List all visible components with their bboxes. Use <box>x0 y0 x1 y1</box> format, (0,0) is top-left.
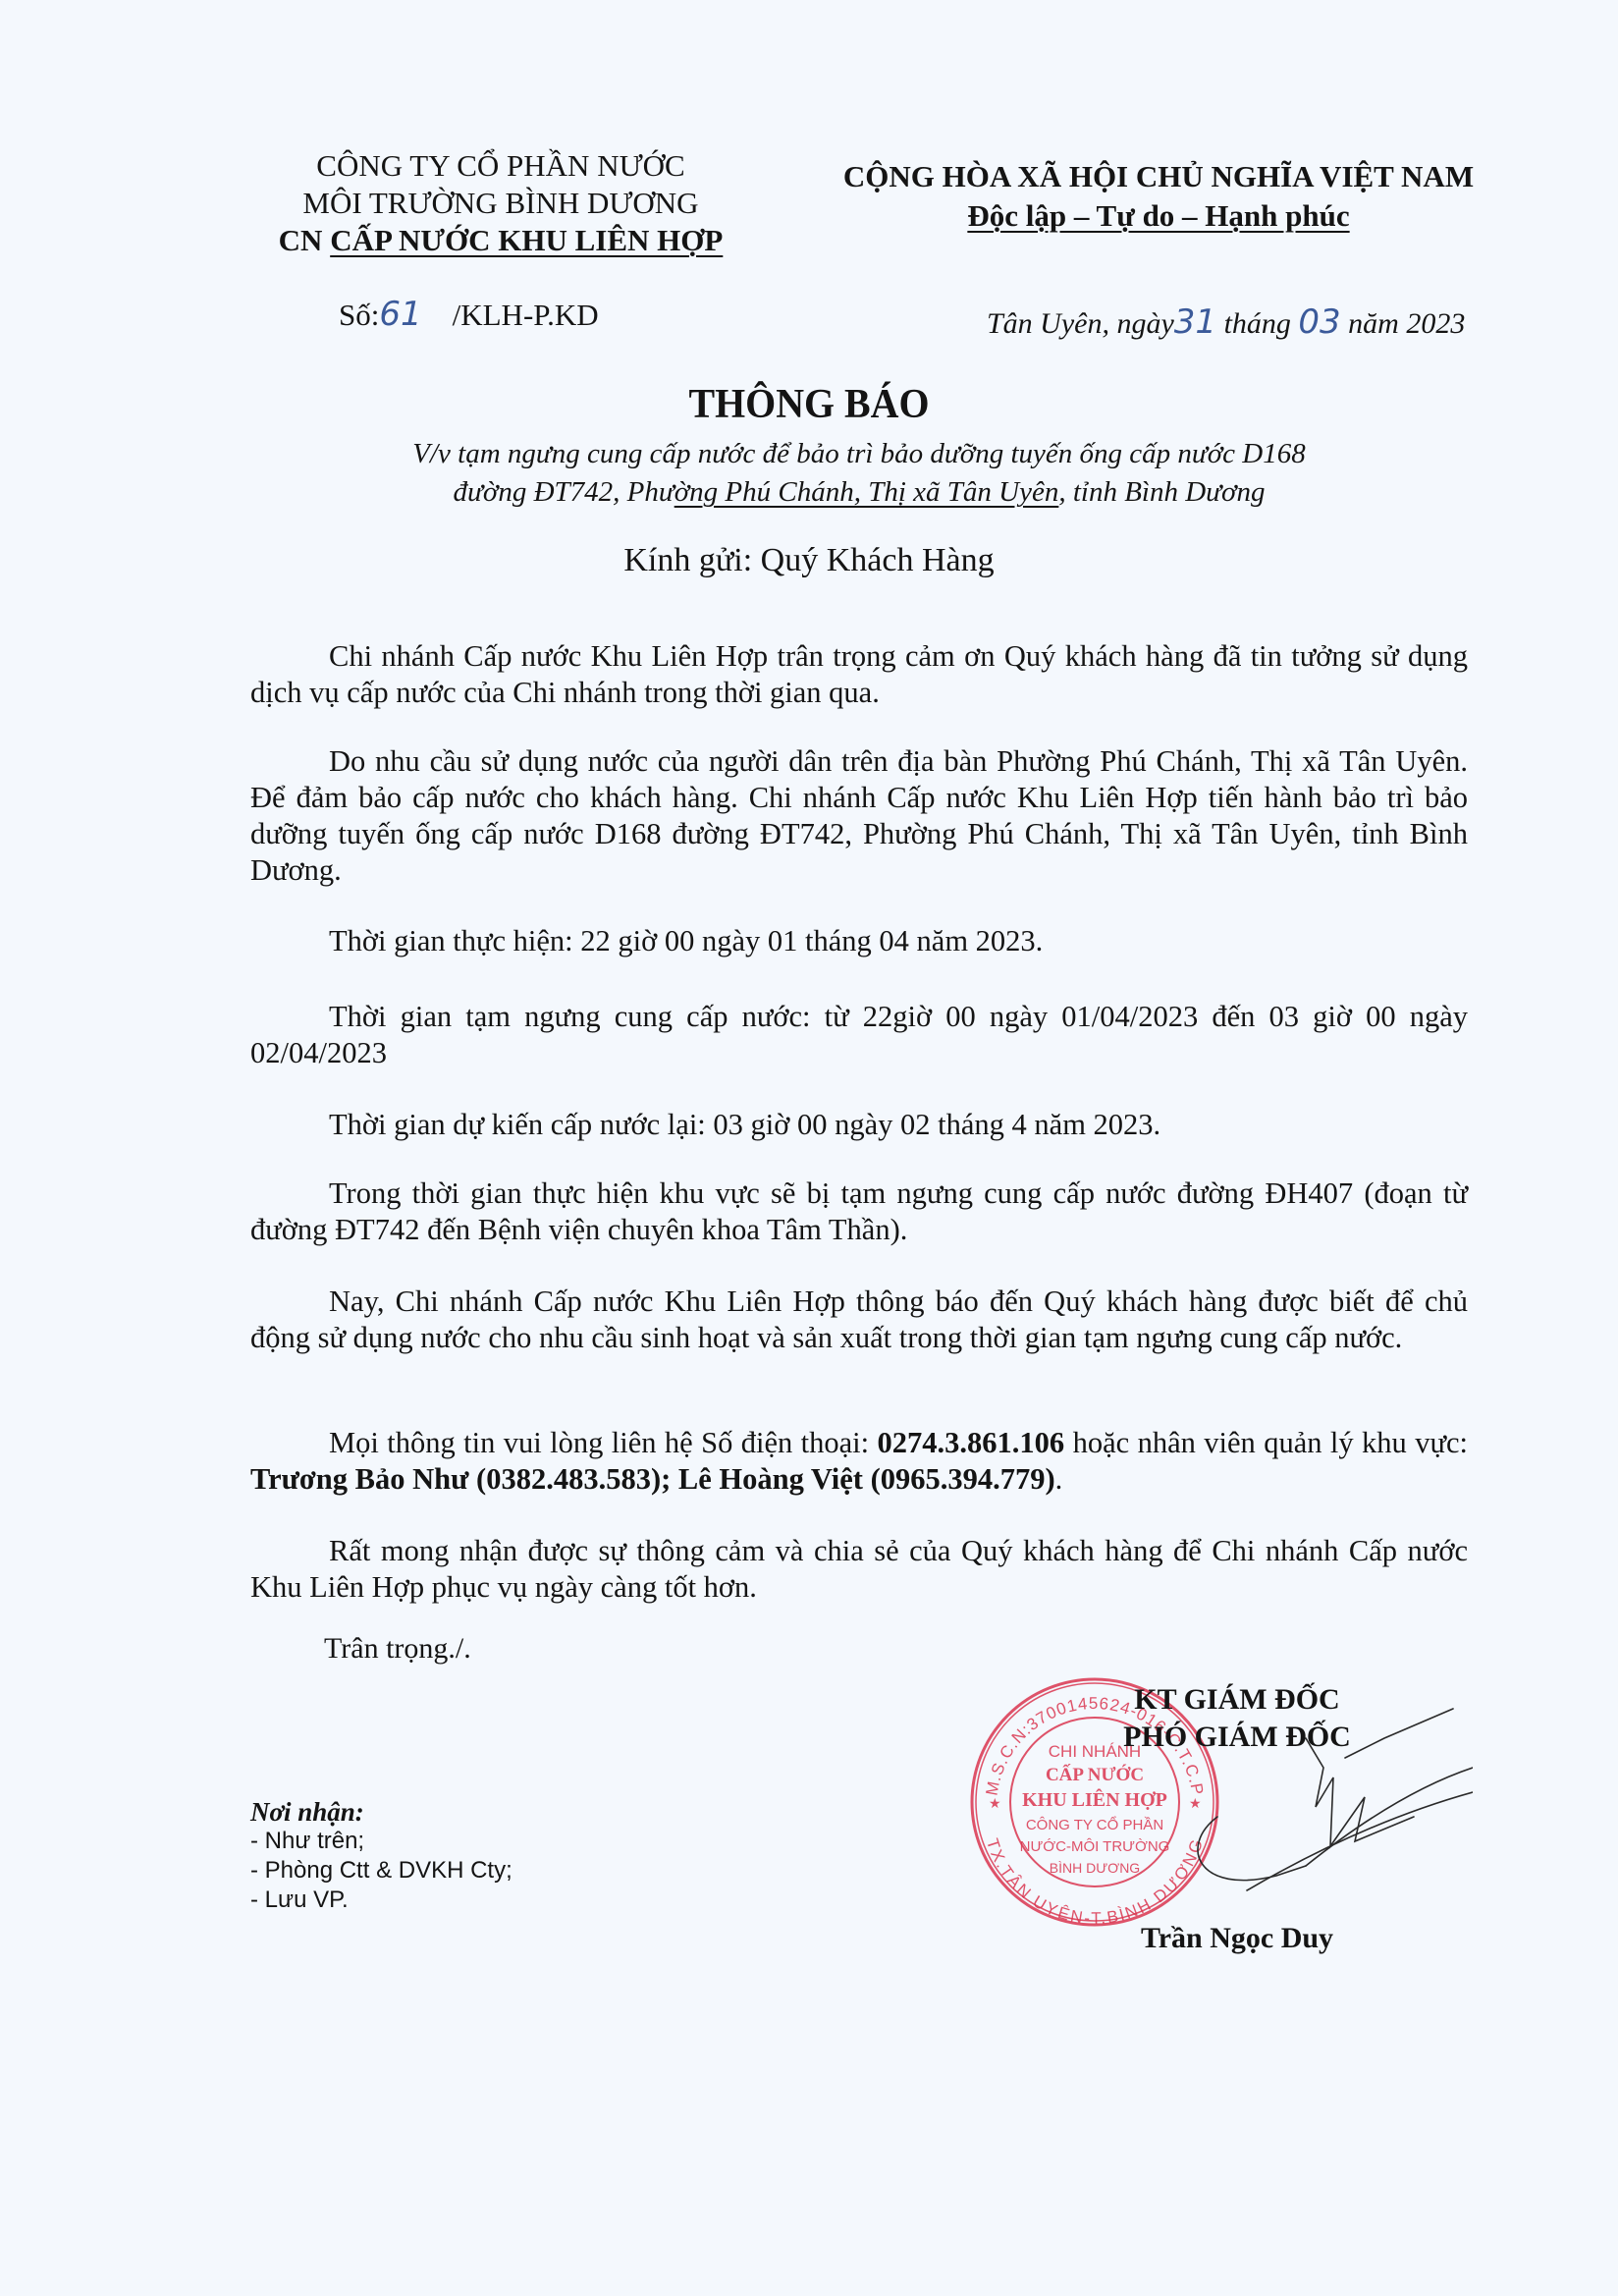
paragraph-thanks: Chi nhánh Cấp nước Khu Liên Hợp trân trọ… <box>250 638 1468 711</box>
paragraph-suspension-time: Thời gian tạm ngưng cung cấp nước: từ 22… <box>250 999 1468 1071</box>
paragraph-notice: Nay, Chi nhánh Cấp nước Khu Liên Hợp thô… <box>250 1284 1468 1356</box>
paragraph-appreciation: Rất mong nhận được sự thông cảm và chia … <box>250 1533 1468 1606</box>
org-line-1: CÔNG TY CỔ PHẦN NƯỚC <box>226 147 776 185</box>
recipient-item: - Như trên; <box>250 1827 512 1856</box>
paragraph-contact: Mọi thông tin vui lòng liên hệ Số điện t… <box>250 1425 1468 1498</box>
paragraph-reason: Do nhu cầu sử dụng nước của người dân tr… <box>250 743 1468 889</box>
recipients-label: Nơi nhận: <box>250 1797 512 1827</box>
organization-header: CÔNG TY CỔ PHẦN NƯỚC MÔI TRƯỜNG BÌNH DƯƠ… <box>226 147 776 259</box>
svg-text:NƯỚC-MÔI TRƯỜNG: NƯỚC-MÔI TRƯỜNG <box>1020 1838 1170 1855</box>
recipients-list: Nơi nhận: - Như trên; - Phòng Ctt & DVKH… <box>250 1797 512 1915</box>
closing-text: Trân trọng./. <box>324 1632 471 1666</box>
handwritten-day: 31 <box>1174 302 1216 342</box>
document-title: THÔNG BÁO <box>40 381 1578 428</box>
handwritten-signature <box>1159 1699 1473 1915</box>
signer-name: Trần Ngọc Duy <box>1041 1920 1433 1957</box>
svg-text:CÔNG TY CỔ PHẦN: CÔNG TY CỔ PHẦN <box>1026 1816 1163 1833</box>
org-line-2: MÔI TRƯỜNG BÌNH DƯƠNG <box>226 185 776 222</box>
handwritten-month: 03 <box>1298 302 1340 342</box>
recipient-item: - Lưu VP. <box>250 1886 512 1915</box>
document-date: Tân Uyên, ngày31 tháng 03 năm 2023 <box>987 302 1465 342</box>
svg-text:CẤP NƯỚC: CẤP NƯỚC <box>1046 1764 1144 1785</box>
paragraph-execution-time: Thời gian thực hiện: 22 giờ 00 ngày 01 t… <box>250 923 1468 959</box>
document-subject: V/v tạm ngưng cung cấp nước để bảo trì b… <box>295 435 1424 512</box>
hotline-number: 0274.3.861.106 <box>878 1426 1065 1459</box>
national-motto: Độc lập – Tự do – Hạnh phúc <box>825 196 1492 236</box>
nation-title: CỘNG HÒA XÃ HỘI CHỦ NGHĨA VIỆT NAM <box>825 157 1492 196</box>
handwritten-number: 61 <box>379 295 421 334</box>
svg-text:BÌNH DƯƠNG: BÌNH DƯƠNG <box>1050 1860 1140 1876</box>
document-number: Số:61 /KLH-P.KD <box>339 295 599 334</box>
greeting: Kính gửi: Quý Khách Hàng <box>0 542 1618 579</box>
paragraph-affected-area: Trong thời gian thực hiện khu vực sẽ bị … <box>250 1175 1468 1248</box>
org-branch-name: CẤP NƯỚC KHU LIÊN HỢP <box>330 223 723 257</box>
paragraph-resume-time: Thời gian dự kiến cấp nước lại: 03 giờ 0… <box>250 1107 1468 1143</box>
org-line-3: CN CẤP NƯỚC KHU LIÊN HỢP <box>226 222 776 259</box>
recipient-item: - Phòng Ctt & DVKH Cty; <box>250 1856 512 1886</box>
contact-persons: Trương Bảo Như (0382.483.583); Lê Hoàng … <box>250 1462 1055 1496</box>
svg-text:★: ★ <box>989 1795 1001 1811</box>
svg-text:KHU LIÊN HỢP: KHU LIÊN HỢP <box>1022 1787 1167 1811</box>
national-header: CỘNG HÒA XÃ HỘI CHỦ NGHĨA VIỆT NAM Độc l… <box>825 157 1492 236</box>
